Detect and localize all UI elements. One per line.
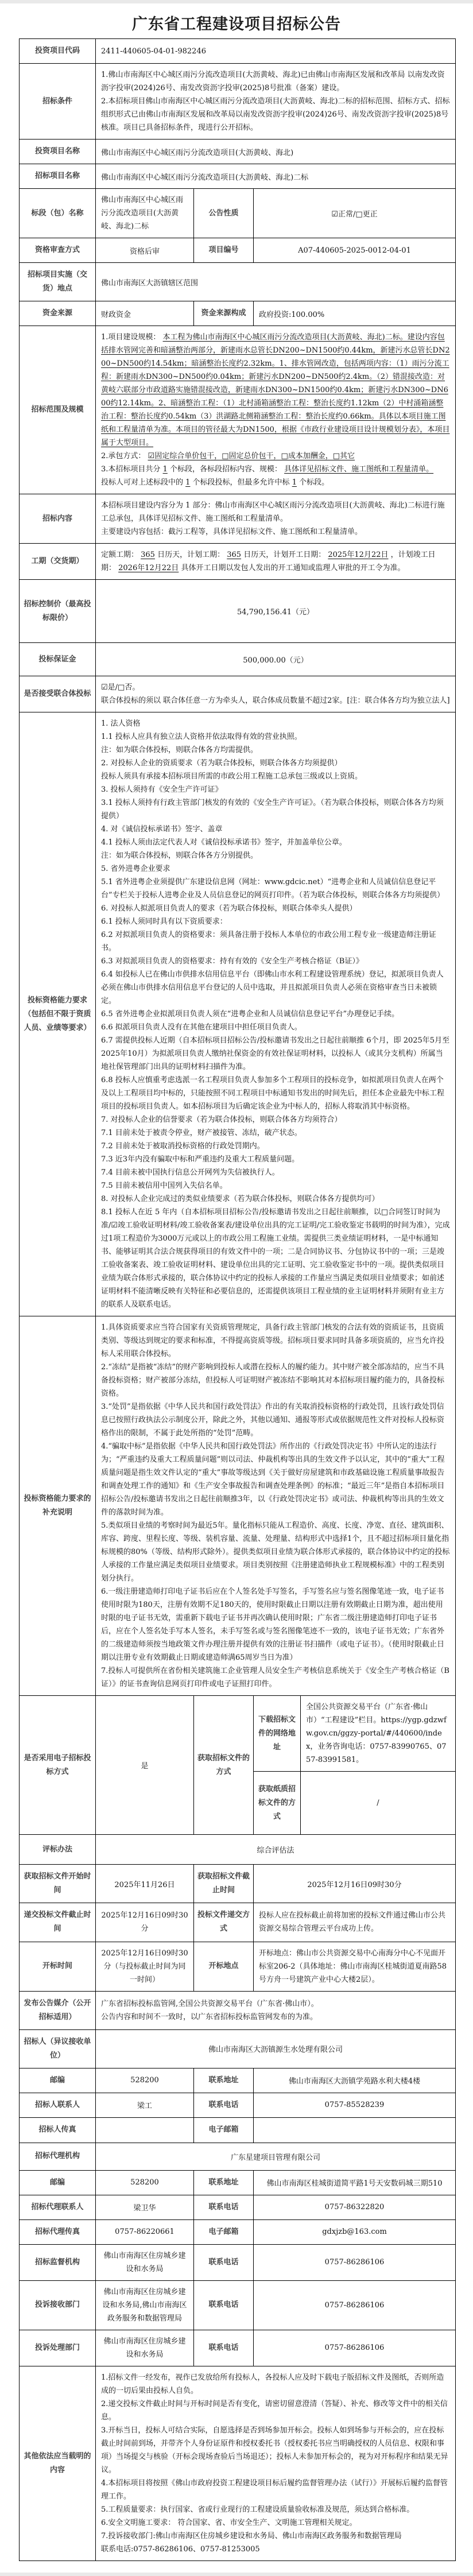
notice-nature-label: 公告性质 [194,189,254,238]
row-tenderer-contact: 招标人联系人 梁工 联系电话 0757-85528239 [20,2093,456,2117]
tender-name-value: 佛山市南海区中心城区雨污分流改造项目(大沥黄岐、海北)二标 [96,164,456,189]
tenderer-tel-label: 联系电话 [194,2093,254,2117]
tenderer-postcode-value: 528200 [96,2068,194,2093]
submit-method-label: 投标文件递交方式 [194,1903,254,1942]
row-label: 投标资格能力要求的补充说明 [20,1316,96,1696]
row-agency-postcode: 邮编 528200 联系地址 佛山市南海区桂城街道简平路1号天安数码城三期510 [20,2170,456,2195]
content-text: 本招标项目建设内容分为 1 部分：佛山市南海区中心城区雨污分流改造项目(大沥黄岐… [96,494,456,544]
agency-contact-value: 梁卫华 [96,2195,194,2219]
row-label: 招标条件 [20,64,96,140]
row-label: 招标项目名称 [20,164,96,189]
page-top-strip [0,0,473,3]
row-tenderer: 招标人（异议接收单位） 佛山市南海区大沥镇源生水处理有限公司 [20,2029,456,2068]
row-label: 招标控制价（最高投标限价） [20,580,96,643]
row-label: 获取招标文件开始时间 [20,1865,96,1903]
agency-address-label: 联系地址 [194,2170,254,2195]
row-label: 邮编 [20,2170,96,2195]
row-label: 招标代理机构 [20,2143,96,2170]
submit-method-value: 投标人应在投标截止前将加密的投标文件通过佛山市公共资源交易综合管理云平台成功上传… [254,1903,456,1942]
opening-time-value: 2025年12月16日09时30分（与投标截止时间为同一时间） [96,1942,194,1991]
complaint-receive-tel-label: 联系电话 [194,2280,254,2330]
row-label: 发布公告媒介（公开招标适用） [20,1991,96,2029]
funding-comp-value: 政府投资:100.00% [254,301,456,326]
row-label: 递交投标文件截止时间 [20,1903,96,1942]
row-label: 投资项目名称 [20,140,96,164]
tenderer-address-label: 联系地址 [194,2068,254,2093]
row-funding: 资金来源 财政资金 资金来源构成 政府投资:100.00% [20,301,456,326]
agency-postcode-value: 528200 [96,2170,194,2195]
section-name-value: 佛山市南海区中心城区雨污分流改造项目(大沥黄岐、海北)二标 [96,189,194,238]
row-agency-fax: 招标代理传真 0757-86220661 电子邮箱 gdxjzb@163.com [20,2219,456,2244]
project-no-label: 项目编号 [194,238,254,263]
row-other: 其他依法应当载明的内容 1.招标文件一经发布，视作已发放给所有投标人，各投标人应… [20,2366,456,2560]
row-label: 邮编 [20,2068,96,2093]
duration-text: 定额工期： 365 日历天，计划工期： 365 日历天，计划开工日期： 2025… [96,544,456,580]
download-url-label: 下载招标文件的网络地址 [254,1696,301,1772]
agency-tel-label: 联系电话 [194,2195,254,2219]
paper-method-value: / [301,1772,456,1835]
bid-bond-value: 500,000.00（元） [96,643,456,676]
agency-address-value: 佛山市南海区桂城街道简平路1号天安数码城三期510 [254,2170,456,2195]
location-value: 佛山市南海区大沥镇辖区范围 [96,263,456,301]
row-content: 招标内容 本招标项目建设内容分为 1 部分：佛山市南海区中心城区雨污分流改造项目… [20,494,456,544]
row-project-code: 投资项目代码 2411-440605-04-01-982246 [20,39,456,64]
row-label: 投标资格能力要求（包括但不限于资质人员、业绩等要求） [20,712,96,1316]
other-text: 1.招标文件一经发布，视作已发放给所有投标人，各投标人应及时下载电子版招标文件及… [96,2366,456,2560]
row-submit-deadline: 递交投标文件截止时间 2025年12月16日09时30分 投标文件递交方式 投标… [20,1903,456,1942]
row-label: 招标内容 [20,494,96,544]
row-label: 投资项目代码 [20,39,96,64]
complaint-handle-tel-label: 联系电话 [194,2330,254,2366]
agency-value: 广东星建项目管理有限公司 [96,2143,456,2170]
project-no-value: A07-440605-2025-0012-04-01 [254,238,456,263]
funding-comp-label: 资金来源构成 [194,301,254,326]
tenderer-value: 佛山市南海区大沥镇源生水处理有限公司 [96,2029,456,2068]
row-label: 招标监督机构 [20,2244,96,2280]
row-label: 资金来源 [20,301,96,326]
evaluation-value: 综合评估法 [96,1835,456,1865]
media-text: 广东省招标投标监管网,全国公共资源交易平台（广东省·佛山市）。公告内容和时间不一… [96,1991,456,2029]
obtain-end-value: 2025年12月16日09时30分 [254,1865,456,1903]
row-scope: 招标范围及规模 1.项目建设规模： 本工程为佛山市南海区中心城区雨污分流改造项目… [20,326,456,494]
agency-email-label: 电子邮箱 [194,2219,254,2244]
row-capability: 投标资格能力要求（包括但不限于资质人员、业绩等要求） 1. 法人资格1.1 投标… [20,712,456,1316]
obtain-end-label: 获取招标文件截止时间 [194,1865,254,1903]
row-label: 是否采用电子招标投标方式 [20,1696,96,1835]
row-evaluation: 评标办法 综合评估法 [20,1835,456,1865]
row-control-price: 招标控制价（最高投标限价） 54,790,156.41（元） [20,580,456,643]
qualification-method-value: 资格后审 [96,238,194,263]
row-label: 招标代理传真 [20,2219,96,2244]
row-label: 开标时间 [20,1942,96,1991]
invest-name-value: 佛山市南海区中心城区雨污分流改造项目(大沥黄岐、海北) [96,140,456,164]
tenderer-email-label: 电子邮箱 [194,2117,254,2143]
supervisor-tel-value: 0757-86286106 [254,2244,456,2280]
row-label: 投标保证金 [20,643,96,676]
notice-nature-value: ☑正常/□更正 [254,189,456,238]
row-agency-contact: 招标代理联系人 梁卫华 联系电话 0757-86322820 [20,2195,456,2219]
row-label: 招标人（异议接收单位） [20,2029,96,2068]
scope-text: 1.项目建设规模： 本工程为佛山市南海区中心城区雨污分流改造项目(大沥黄岐、海北… [96,326,456,494]
row-complaint-receive: 投诉接收部门 佛山市南海区住房城乡建设和水务局,佛山市南海区政务服务和数据管理局… [20,2280,456,2330]
agency-tel-value: 0757-86322820 [254,2195,456,2219]
control-price-value: 54,790,156.41（元） [96,580,456,643]
consortium-text: ☑是/□否。联合体投标的须以 联合体任意一方为牵头人，联合体成员数量不超过2家。… [96,676,456,712]
supervisor-value: 佛山市南海区住房城乡建设和水务局 [96,2244,194,2280]
row-label: 是否接受联合体投标 [20,676,96,712]
supervisor-tel-label: 联系电话 [194,2244,254,2280]
row-supervisor: 招标监督机构 佛山市南海区住房城乡建设和水务局 联系电话 0757-862861… [20,2244,456,2280]
submit-deadline-value: 2025年12月16日09时30分 [96,1903,194,1942]
row-location: 招标项目实施（交货）地点 佛山市南海区大沥镇辖区范围 [20,263,456,301]
row-label: 招标代理联系人 [20,2195,96,2219]
complaint-handle-value: 佛山市南海区住房城乡建设和水务局 [96,2330,194,2366]
row-label: 标段（包）名称 [20,189,96,238]
row-tender-name: 招标项目名称 佛山市南海区中心城区雨污分流改造项目(大沥黄岐、海北)二标 [20,164,456,189]
row-bid-bond: 投标保证金 500,000.00（元） [20,643,456,676]
row-label: 投诉接收部门 [20,2280,96,2330]
row-label: 资格审查方式 [20,238,96,263]
row-opening: 开标时间 2025年12月16日09时30分（与投标截止时间为同一时间） 开标地… [20,1942,456,1991]
opening-place-value: 开标地点：佛山市公共资源交易中心南海分中心不见面开标室206-2（具体地址：佛山… [254,1942,456,1991]
row-label: 招标项目实施（交货）地点 [20,263,96,301]
row-label: 工期（交货期） [20,544,96,580]
project-code-value: 2411-440605-04-01-982246 [96,39,456,64]
funding-value: 财政资金 [96,301,194,326]
row-tenderer-fax: 招标人传真 电子邮箱 [20,2117,456,2143]
tenderer-fax-value [96,2117,194,2143]
opening-place-label: 开标地点 [194,1942,254,1991]
row-section: 标段（包）名称 佛山市南海区中心城区雨污分流改造项目(大沥黄岐、海北)二标 公告… [20,189,456,238]
complaint-receive-tel-value: 0757-86286106 [254,2280,456,2330]
agency-fax-value: 0757-86220661 [96,2219,194,2244]
row-media: 发布公告媒介（公开招标适用） 广东省招标投标监管网,全国公共资源交易平台（广东省… [20,1991,456,2029]
row-invest-name: 投资项目名称 佛山市南海区中心城区雨污分流改造项目(大沥黄岐、海北) [20,140,456,164]
obtain-start-value: 2025年11月26日 [96,1865,194,1903]
tenderer-tel-value: 0757-85528239 [254,2093,456,2117]
announcement-page: 广东省工程建设项目招标公告 投资项目代码 2411-440605-04-01-9… [0,0,473,2576]
row-label: 其他依法应当载明的内容 [20,2366,96,2560]
row-label: 评标办法 [20,1835,96,1865]
row-conditions: 招标条件 1.佛山市南海区中心城区雨污分流改造项目(大沥黄岐、海北)已由佛山市南… [20,64,456,140]
row-label: 招标人传真 [20,2117,96,2143]
tenderer-email-value [254,2117,456,2143]
tenderer-address-value: 佛山市南海区大沥镇学苑路水利大楼4楼 [254,2068,456,2093]
row-label: 投诉处理部门 [20,2330,96,2366]
row-electronic: 是否采用电子招标投标方式 是 获取招标文件的方式 下载招标文件的网络地址 全国公… [20,1696,456,1772]
announcement-table: 投资项目代码 2411-440605-04-01-982246 招标条件 1.佛… [19,38,456,2561]
tenderer-contact-value: 梁工 [96,2093,194,2117]
page-bottom-strip [0,2573,473,2576]
row-obtain-time: 获取招标文件开始时间 2025年11月26日 获取招标文件截止时间 2025年1… [20,1865,456,1903]
capability-supplement-text: 1.具体资质要求应当符合国家有关资质管理规定，具备行政主管部门核发的合法有效的资… [96,1316,456,1696]
row-qualification-method: 资格审查方式 资格后审 项目编号 A07-440605-2025-0012-04… [20,238,456,263]
row-label: 招标范围及规模 [20,326,96,494]
complaint-receive-value: 佛山市南海区住房城乡建设和水务局,佛山市南海区政务服务和数据管理局 [96,2280,194,2330]
row-capability-supplement: 投标资格能力要求的补充说明 1.具体资质要求应当符合国家有关资质管理规定，具备行… [20,1316,456,1696]
page-title: 广东省工程建设项目招标公告 [0,11,473,34]
capability-text: 1. 法人资格1.1 投标人应具有独立法人资格并依法取得有效的营业执照。注：如为… [96,712,456,1316]
electronic-value: 是 [96,1696,194,1835]
row-tenderer-postcode: 邮编 528200 联系地址 佛山市南海区大沥镇学苑路水利大楼4楼 [20,2068,456,2093]
row-label: 招标人联系人 [20,2093,96,2117]
conditions-text: 1.佛山市南海区中心城区雨污分流改造项目(大沥黄岐、海北)已由佛山市南海区发展和… [96,64,456,140]
download-url-value: 全国公共资源交易平台（广东省·佛山市）“工程建设”栏目。https://ygp.… [301,1696,456,1772]
row-duration: 工期（交货期） 定额工期： 365 日历天，计划工期： 365 日历天，计划开工… [20,544,456,580]
row-agency: 招标代理机构 广东星建项目管理有限公司 [20,2143,456,2170]
agency-email-value: gdxjzb@163.com [254,2219,456,2244]
obtain-method-label: 获取招标文件的方式 [194,1696,254,1835]
row-consortium: 是否接受联合体投标 ☑是/□否。联合体投标的须以 联合体任意一方为牵头人，联合体… [20,676,456,712]
complaint-handle-tel-value: 0757-86286106 [254,2330,456,2366]
paper-method-label: 获取纸质招标文件的方式 [254,1772,301,1835]
